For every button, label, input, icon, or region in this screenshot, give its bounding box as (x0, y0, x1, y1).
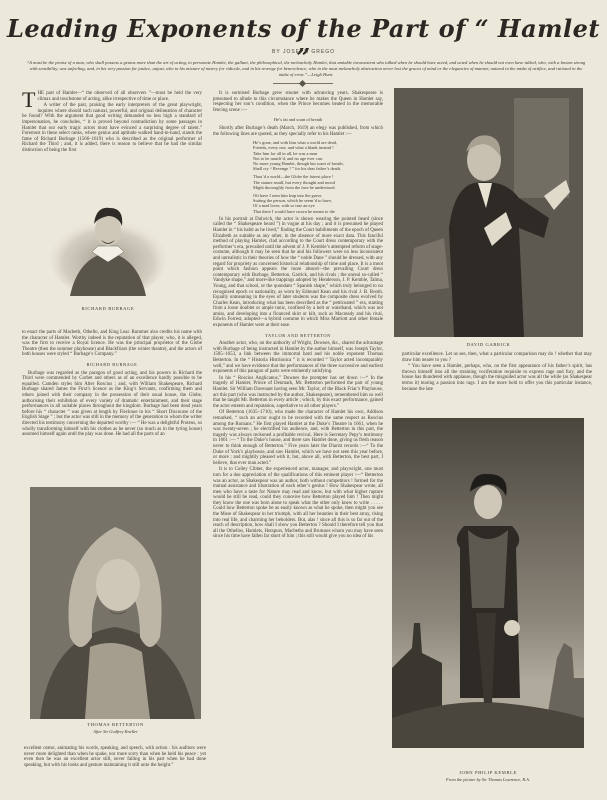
caption-subtitle: After Sir Godfrey Kneller (30, 729, 201, 734)
section-heading: TAYLOR AND BETTERTON (213, 333, 383, 339)
caption-thomas-betterton: THOMAS BETTERTON After Sir Godfrey Knell… (30, 722, 201, 734)
paragraph: particular excellence. Let us see, then,… (402, 352, 592, 363)
left-column-middle: to enact the parts of Macbeth, Othello, … (22, 330, 202, 439)
paragraph: Shortly after Burbage’s death (March, 16… (213, 126, 383, 137)
portrait-thomas-betterton (30, 487, 201, 719)
poem-line: Shall cry “ Revenge ! ” for his dear fat… (253, 166, 383, 171)
poem-line: Might thoroughly from the face be unders… (253, 185, 383, 190)
quoted-line: He’s fat and scant of breath (213, 117, 383, 123)
portrait-john-philip-kemble (392, 418, 584, 748)
paragraph: to enact the parts of Macbeth, Othello, … (22, 330, 202, 358)
paragraph: Burbage was regarded as the paragon of g… (22, 371, 202, 438)
paragraph: A writer of the past, praising the early… (22, 103, 202, 153)
left-column-bottom: excellent orator, animating his words, s… (24, 746, 206, 769)
paragraph: Of Betterton (1635–1710), who made the c… (213, 410, 383, 466)
portrait-richard-burbage (48, 196, 168, 296)
caption-john-philip-kemble: JOHN PHILIP KEMBLE From the picture by S… (392, 770, 584, 782)
drop-cap: T (22, 91, 35, 109)
middle-column: It is surmised Burbage grew stouter with… (213, 91, 383, 541)
portrait-david-garrick (394, 88, 583, 337)
byline: BY JOSEPH GREGO (0, 49, 607, 55)
paragraph: It is to Colley Cibber, the experienced … (213, 467, 383, 540)
poem-stanza: He’s gone, and with him what a world are… (253, 140, 383, 171)
ornament-divider (273, 83, 333, 84)
caption-text: DAVID GARRICK (467, 342, 511, 347)
paragraph: In his “ Roscius Anglicanus,” Downes the… (213, 376, 383, 410)
paragraph: Another actor, who, on the authority of … (213, 341, 383, 375)
paragraph: It is surmised Burbage grew stouter with… (213, 91, 383, 113)
caption-text: THOMAS BETTERTON (87, 722, 144, 727)
caption-david-garrick: DAVID GARRICK (394, 342, 583, 347)
caption-text: RICHARD BURBAGE (82, 306, 135, 311)
paragraph: In his portrait at Dulwich, the actor is… (213, 217, 383, 329)
right-column-middle: particular excellence. Let us see, then,… (402, 352, 592, 393)
elegy-poem: He’s gone, and with him what a world are… (213, 140, 383, 214)
paragraph: “ You have seen a Hamlet, perhaps, who, … (402, 364, 592, 392)
poem-stanza: Oft have I seen him leap into the grave,… (253, 193, 383, 214)
poem-line: That there I would have sworn he meant t… (253, 209, 383, 214)
poem-stanza: Thou’d a world—the Globe the fairest pla… (253, 174, 383, 190)
epigraph: “It must be the praise of a man, who sha… (26, 60, 586, 78)
section-heading: RICHARD BURBAGE (22, 362, 202, 368)
paragraph: excellent orator, animating his words, s… (24, 746, 206, 768)
caption-richard-burbage: RICHARD BURBAGE (40, 306, 176, 311)
left-column-top: T HE part of Hamlet—“ the observed of al… (22, 91, 202, 155)
caption-text: JOHN PHILIP KEMBLE (459, 770, 517, 775)
caption-subtitle: From the picture by Sir Thomas Lawrence,… (392, 777, 584, 782)
paragraph: HE part of Hamlet—“ the observed of all … (22, 91, 202, 102)
